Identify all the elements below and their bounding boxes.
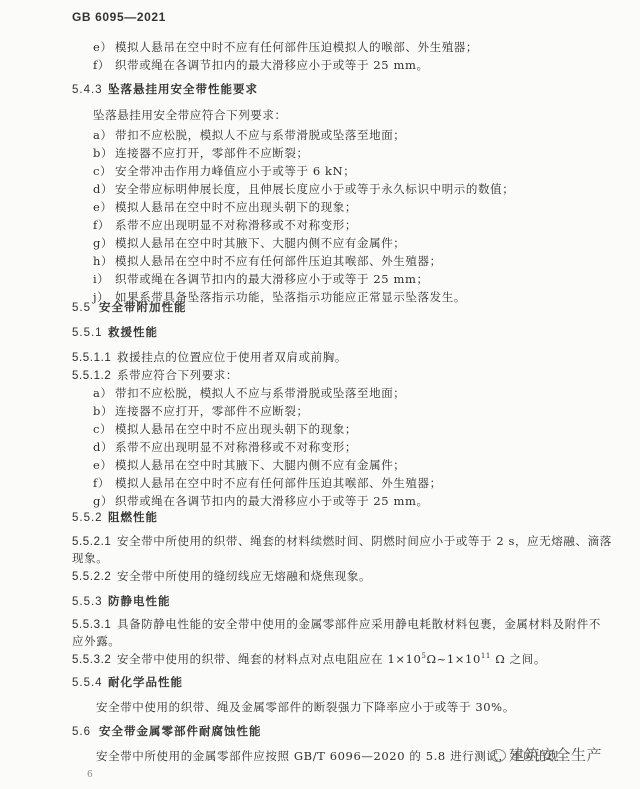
section-number: 5.5.3 <box>72 595 108 609</box>
clause-text: 安全带中所使用的织带、绳套的材料续燃时间、阴燃时间应小于或等于 2 s，应无熔融… <box>117 534 612 548</box>
list-item: a）带扣不应松脱，模拟人不应与系带滑脱或坠落至地面； <box>93 128 405 142</box>
clause-text: 安全带中所使用的缝纫线应无熔融和烧焦现象。 <box>117 569 371 583</box>
item-label: a） <box>93 386 115 400</box>
item-text: 织带或绳在各调节扣内的最大滑移应小于或等于 25 mm。 <box>115 58 429 72</box>
clause-continuation: 现象。 <box>72 551 108 565</box>
clause-number: 5.5.2.2 <box>72 570 117 584</box>
item-text: 带扣不应松脱，模拟人不应与系带滑脱或坠落至地面； <box>115 128 405 142</box>
item-text: 模拟人悬吊在空中时不应出现头朝下的现象； <box>115 422 357 436</box>
section-heading-5-5-1: 5.5.1救援性能 <box>72 325 158 340</box>
section-heading-5-5-2: 5.5.2阻燃性能 <box>72 510 158 525</box>
list-item: f）织带或绳在各调节扣内的最大滑移应小于或等于 25 mm。 <box>93 58 429 72</box>
clause-text: Ω~1×10 <box>427 652 481 666</box>
item-label: e） <box>93 40 115 54</box>
clause-text: 救援挂点的位置应位于使用者双肩或前胸。 <box>117 350 347 364</box>
item-label: e） <box>93 458 115 472</box>
section-title: 防静电性能 <box>108 594 171 608</box>
item-text: 连接器不应打开，零部件不应断裂； <box>115 146 309 160</box>
list-item: g）模拟人悬吊在空中时其腋下、大腿内侧不应有金属件； <box>93 236 405 250</box>
section-intro: 坠落悬挂用安全带应符合下列要求： <box>93 108 287 122</box>
watermark-text: 建筑安全生产 <box>509 746 602 764</box>
section-number: 5.5.1 <box>72 326 108 340</box>
section-title: 救援性能 <box>108 325 158 339</box>
list-item: c）安全带冲击作用力峰值应小于或等于 6 kN； <box>93 164 355 178</box>
clause-5-5-2-2: 5.5.2.2安全带中所使用的缝纫线应无熔融和烧焦现象。 <box>72 569 371 584</box>
item-text: 织带或绳在各调节扣内的最大滑移应小于或等于 25 mm。 <box>115 494 429 508</box>
section-title: 安全带附加性能 <box>99 300 187 314</box>
clause-number: 5.5.3.1 <box>72 618 117 632</box>
section-heading-5-5-4: 5.5.4耐化学品性能 <box>72 675 183 690</box>
item-label: b） <box>93 404 115 418</box>
clause-number: 5.5.1.1 <box>72 351 117 365</box>
item-text: 模拟人悬吊在空中时其腋下、大腿内侧不应有金属件； <box>115 236 405 250</box>
item-label: g） <box>93 494 115 508</box>
list-item: g）织带或绳在各调节扣内的最大滑移应小于或等于 25 mm。 <box>93 494 429 508</box>
section-title: 耐化学品性能 <box>108 675 183 689</box>
item-label: d） <box>93 440 115 454</box>
list-item: a）带扣不应松脱，模拟人不应与系带滑脱或坠落至地面； <box>93 386 405 400</box>
item-text: 模拟人悬吊在空中时不应有任何部件压迫其喉部、外生殖器； <box>115 476 442 490</box>
page-number: 6 <box>87 768 93 782</box>
clause-text: 安全带中使用的织带、绳套的材料点对点电阻应在 1×10 <box>117 652 421 666</box>
standard-id-header: GB 6095—2021 <box>72 10 166 24</box>
section-heading-5-5: 5.5安全带附加性能 <box>72 300 187 315</box>
clause-5-5-1-1: 5.5.1.1救援挂点的位置应位于使用者双肩或前胸。 <box>72 350 347 365</box>
item-text: 织带或绳在各调节扣内的最大滑移应小于或等于 25 mm； <box>115 272 429 286</box>
item-text: 安全带冲击作用力峰值应小于或等于 6 kN； <box>115 164 355 178</box>
item-label: a） <box>93 128 115 142</box>
watermark: 建筑安全生产 <box>490 744 602 765</box>
list-item: e）模拟人悬吊在空中时不应有任何部件压迫模拟人的喉部、外生殖器； <box>93 40 478 54</box>
exponent: 11 <box>481 652 491 660</box>
section-body: 安全带中使用的织带、绳及金属零部件的断裂强力下降率应小于或等于 30%。 <box>96 700 515 714</box>
list-item: d）系带不应出现明显不对称滑移或不对称变形； <box>93 440 357 454</box>
item-label: b） <box>93 146 115 160</box>
list-item: b）连接器不应打开，零部件不应断裂； <box>93 146 309 160</box>
item-label: f） <box>93 58 115 72</box>
item-label: f） <box>93 218 115 232</box>
clause-continuation: 应外露。 <box>72 634 120 648</box>
item-text: 模拟人悬吊在空中时不应有任何部件压迫模拟人的喉部、外生殖器； <box>115 40 478 54</box>
section-title: 安全带金属零部件耐腐蚀性能 <box>99 724 262 738</box>
clause-number: 5.5.1.2 <box>72 369 117 383</box>
item-label: c） <box>93 164 115 178</box>
item-text: 安全带应标明伸展长度，且伸展长度应小于或等于永久标识中明示的数值； <box>115 182 514 196</box>
section-number: 5.5 <box>72 301 99 315</box>
item-label: f） <box>93 476 115 490</box>
item-label: i） <box>93 272 115 286</box>
clause-text: 系带应符合下列要求： <box>117 368 238 382</box>
item-text: 连接器不应打开，零部件不应断裂； <box>115 404 309 418</box>
clause-number: 5.5.3.2 <box>72 653 117 667</box>
clause-text: Ω 之间。 <box>491 652 546 666</box>
list-item: f）模拟人悬吊在空中时不应有任何部件压迫其喉部、外生殖器； <box>93 476 442 490</box>
list-item: h）模拟人悬吊在空中时不应有任何部件压迫其喉部、外生殖器； <box>93 254 442 268</box>
item-text: 系带不应出现明显不对称滑移或不对称变形； <box>115 218 357 232</box>
clause-5-5-3-2: 5.5.3.2安全带中使用的织带、绳套的材料点对点电阻应在 1×105Ω~1×1… <box>72 652 546 667</box>
list-item: b）连接器不应打开，零部件不应断裂； <box>93 404 309 418</box>
item-text: 系带不应出现明显不对称滑移或不对称变形； <box>115 440 357 454</box>
section-title: 坠落悬挂用安全带性能要求 <box>108 82 258 96</box>
item-text: 模拟人悬吊在空中时不应有任何部件压迫其喉部、外生殖器； <box>115 254 442 268</box>
section-number: 5.4.3 <box>72 83 108 97</box>
item-label: e） <box>93 200 115 214</box>
item-label: c） <box>93 422 115 436</box>
list-item: e）模拟人悬吊在空中时不应出现头朝下的现象； <box>93 200 357 214</box>
list-item: f）系带不应出现明显不对称滑移或不对称变形； <box>93 218 357 232</box>
list-item: i）织带或绳在各调节扣内的最大滑移应小于或等于 25 mm； <box>93 272 429 286</box>
section-heading-5-5-3: 5.5.3防静电性能 <box>72 594 171 609</box>
list-item: d）安全带应标明伸展长度，且伸展长度应小于或等于永久标识中明示的数值； <box>93 182 514 196</box>
section-title: 阻燃性能 <box>108 510 158 524</box>
clause-5-5-1-2: 5.5.1.2系带应符合下列要求： <box>72 368 238 383</box>
section-number: 5.5.2 <box>72 511 108 525</box>
item-text: 模拟人悬吊在空中时不应出现头朝下的现象； <box>115 200 357 214</box>
wechat-icon <box>490 749 506 762</box>
item-text: 带扣不应松脱，模拟人不应与系带滑脱或坠落至地面； <box>115 386 405 400</box>
clause-number: 5.5.2.1 <box>72 535 117 549</box>
section-heading-5-6: 5.6安全带金属零部件耐腐蚀性能 <box>72 724 262 739</box>
section-number: 5.6 <box>72 725 99 739</box>
list-item: e）模拟人悬吊在空中时其腋下、大腿内侧不应有金属件； <box>93 458 405 472</box>
item-text: 模拟人悬吊在空中时其腋下、大腿内侧不应有金属件； <box>115 458 405 472</box>
section-number: 5.5.4 <box>72 676 108 690</box>
item-label: h） <box>93 254 115 268</box>
section-heading-5-4-3: 5.4.3坠落悬挂用安全带性能要求 <box>72 82 258 97</box>
item-label: d） <box>93 182 115 196</box>
clause-5-5-3-1: 5.5.3.1具备防静电性能的安全带中使用的金属零部件应采用静电耗散材料包裹，金… <box>72 617 601 632</box>
clause-text: 具备防静电性能的安全带中使用的金属零部件应采用静电耗散材料包裹，金属材料及附件不 <box>117 617 601 631</box>
list-item: c）模拟人悬吊在空中时不应出现头朝下的现象； <box>93 422 357 436</box>
item-label: g） <box>93 236 115 250</box>
clause-5-5-2-1: 5.5.2.1安全带中所使用的织带、绳套的材料续燃时间、阴燃时间应小于或等于 2… <box>72 534 612 549</box>
